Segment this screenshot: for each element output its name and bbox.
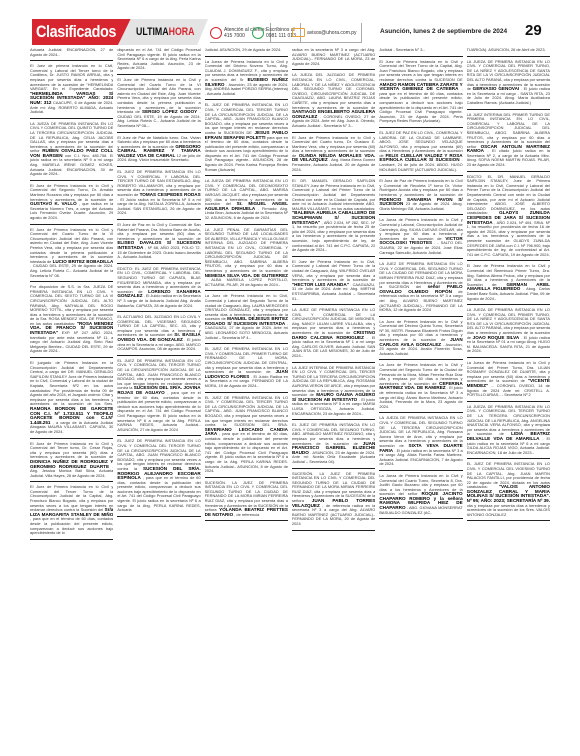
legal-notice: La Jueza de Primera Instancia en lo Civi… [379,218,462,259]
legal-notice: LA JUEZ INTERINA DEL PRIMER TURNO DE PRI… [467,113,550,172]
legal-notice: El Juez de Paz de Primera Instancia en l… [379,179,462,215]
section-banner: Clasificados [32,19,132,45]
legal-notice: EL JUEZ DE PRIMERA INSTANCIA EN LO CIVIL… [117,170,200,220]
notice-text: cita y emplaza por sesenta días a herede… [467,503,550,517]
notice-text: El DR. MANUEL GERALDO SAIFILDIN STANLEY … [292,178,375,211]
legal-notice: dispuesto en el Art. 741 del Código Proc… [117,48,200,75]
notice-text: EDICTO: EL DR. MANUEL GERALDO SAIFILDIN … [467,174,550,216]
legal-notice: El Juez de Primera Instancia en lo Civil… [379,60,462,128]
notice-text: , para que en el término de 60 días, con… [30,516,113,535]
legal-notice: El juzgado de Primera Instancia en la Ci… [30,361,113,439]
notice-text: Judicial - Secretaría N° 3.- [379,48,424,52]
legal-notice: EDICTO: EL DR. MANUEL GERALDO SAIFILDIN … [467,175,550,262]
notice-text: , para que en el término de 60 días, con… [205,431,288,473]
legal-notice: LA JUEZA DE PRIMERA INSTANCIA EN LO CIVI… [30,122,113,181]
notice-text: , AÑO 2.024, Nº 282, SEC. Nº 1, ha resue… [292,220,375,253]
legal-notice: La Jueza de Primera Instancia en lo Civi… [467,361,550,402]
legal-notice: Actuaria Judicial. ENCARNACION, 27 de Ag… [30,48,113,61]
legal-notice: La Jueza de Primera Instancia en lo Civi… [379,474,462,519]
legal-notice: radica en la secretaría Nº 3 a cargo del… [292,48,375,70]
legal-notice: EL JUEZ DE PRIMERA INSTANCIA EN LO CIVIL… [205,347,288,392]
notice-text: Actuaria Judicial. ENCARNACION, 27 de Ag… [30,48,113,57]
notice-text: , de referencia [234,512,259,517]
legal-notice: La Juez de Primera Instancia en lo Civil… [379,363,462,413]
deceased-name: FELIX CUELLAR VALDEZ Y ROSA ESPINOLA CUE… [379,153,462,163]
legal-notice: LA JUEZ DE PRIMERA INSTANCIA EN LO CIVIL… [292,308,375,363]
masthead: Clasificados ULTIMAHORA Atención al clie… [0,0,580,34]
notice-text: El Juez de Primera Instancia en lo Civil… [292,259,375,282]
mail-icon [292,28,305,37]
legal-notice: El Juez de Primera Instancia en lo Civil… [30,442,113,483]
legal-notice: EL JUEZ DE PRIMERA INSTANCIA EN LO CIVIL… [205,103,288,176]
notice-text: El Juez de Primera Instancia en lo Civil… [30,484,113,512]
legal-notice: El Juez de Primera Instancia en lo Civil… [467,264,550,305]
column-5: Judicial - Secretaría N° 3.-El Juez de P… [379,48,462,748]
legal-notice: El Juez de Paz en lo Civil y Comercial d… [117,223,200,264]
legal-notice: La Juez de Primera Instancia en lo Civil… [379,320,462,361]
notice-text: para que en el término de 60 días, conta… [205,135,288,172]
legal-notice: EL ACTUARIO DEL JUZGADO EN LO CIVIL Y CO… [117,315,200,356]
newspaper-logo: ULTIMAHORA [118,19,208,45]
notice-text: Por disposición de S.S. la Sra. JUEZA DE… [30,284,113,326]
legal-notice: El Juez de Primera Instancia en lo Civil… [30,485,113,540]
logo-hora: HORA [169,26,195,38]
notice-text: El Juez de Primera Instancia en lo Civil… [30,183,113,202]
notice-text: , para que en el término de 60 días, con… [117,390,200,432]
legal-notice: Judicial - Secretaría N° 3.- [379,48,462,57]
legal-notice: EL JUEZ DE PRIMERA INSTANCIA EN LO CIVIL… [205,396,288,478]
deceased-name: DIONICIA NUÑEZ DE RODRIGUEZ Y GERONIMO R… [30,459,113,469]
legal-notice: EDICTO: EL JUEZ DE PRIMERA INSTANCIA EN … [117,267,200,312]
legal-notice: LA JUEZA DE PRIMERA INSTANCIA EN LO CIVI… [467,405,550,460]
phone-icon [210,27,222,39]
contact-value: avisos@uhora.com.py [307,30,357,36]
notice-text: Judicial. ASUNCION, 29 de Agosto de 2024… [205,48,282,52]
notice-text: LA JUEZA DEL JUZGADO DE PRIMERA INSTANCI… [292,72,375,109]
notice-text: radica en la secretaría Nº 3 a cargo del… [292,48,375,66]
notice-text: El Juez de Primera Instancia en lo Civil… [379,59,462,82]
legal-notice: EL JUEZ DE PRIMERA INSTANCIA EN LO CIVIL… [292,423,375,468]
column-2: dispuesto en el Art. 741 del Código Proc… [117,48,200,748]
column-4: radica en la secretaría Nº 3 a cargo del… [292,48,375,748]
legal-notice: El Juez de Paz de Natalicio turno. Dra. … [117,136,200,168]
legal-notice: LA JUEZA DE PRIMERA INSTANCIA EN LO CIVI… [467,308,550,358]
notice-text: El Juez de Paz de Primera Instancia en l… [379,178,462,197]
column-6: TUARIO/A). ASUNCION, 26 de Abril de 2023… [467,48,550,748]
notice-text: El juzgado de Primera Instancia en la Ci… [30,360,113,406]
notice-text: El Juez de primera instancia en lo Civil… [30,63,113,91]
legal-notice: LA JUEZ DE PRIMERA INSTANCIA EN LO CIVIL… [379,262,462,317]
page-number: 29 [525,22,542,39]
notice-text: . ALBA MARIELA LOPEZ PORTILLO, ACTUARIA.… [205,277,288,287]
legal-notice: El DR. MANUEL GERALDO SAIFILDIN STANLEY … [292,179,375,257]
notice-text: El Juez de Paz en lo Civil y Comercial d… [117,222,200,241]
classifieds-columns: Actuaria Judicial. ENCARNACION, 27 de Ag… [30,48,550,748]
legal-notice: SUCESIÓN. LA JUEZ DE PRIMERA INSTANCIA E… [205,481,288,522]
notice-text: El Juez de Primera Instancia en lo Civil… [30,441,113,460]
notice-text: . CIUDAD DEL ESTE, 29 de Agosto de 2024.… [30,263,113,277]
legal-notice: El Juez de Primera Instancia en lo Civil… [292,260,375,305]
notice-text: EL JUEZ DE PRIMERA INSTANCIA EN LO CIVIL… [205,395,288,428]
issue-date: Asunción, lunes 2 de septiembre de 2024 [380,28,507,35]
notice-text: , para que en el término de 60 días, con… [379,86,462,123]
legal-notice: Judicial. ASUNCION, 29 de Agosto de 2024… [205,48,288,57]
logo-ultima: ULTIMA [136,26,169,38]
legal-notice: EL JUEZ DE PRIMERA INSTANCIA EN LO CIVIL… [117,439,200,517]
legal-notice: LA JUEZA DE PRIMERA INSTANCIA EN LO CIVI… [379,416,462,471]
deceased-name: AMADO RAMON CATEBRA ZARATE Y VICENTA GIM… [379,82,462,92]
legal-notice: LA JUEZ INTERINA DE PRIMERA INSTANCIA EN… [292,366,375,421]
notice-text: , para que en el término de 60 días, con… [117,475,200,512]
legal-notice: LA JUEZ PENAL DE GARANTÍAS DEL SEGUNDO T… [205,228,288,292]
column-3: Judicial. ASUNCION, 29 de Agosto de 2024… [205,48,288,748]
legal-notice: El Juez de Primera Instancia en lo Civil… [292,136,375,177]
notice-text: , AÑO 2.024, Nº 404, SRIA. Nº 1, ha resu… [467,220,550,257]
legal-notice: LA JUEZA DE PRIMERA INSTANCIA EN LO CIVI… [467,60,550,110]
section-title: Clasificados [36,22,116,42]
legal-notice: TUARIO/A). ASUNCION, 26 de Abril de 2023… [467,48,550,57]
legal-notice: EL JUEZ DE PRIMERA INSTANCIA EN LO CIVIL… [467,462,550,521]
legal-notice: El Juez de primera instancia en lo Civil… [30,64,113,119]
legal-notice: La Jueza de Primera Instancia en lo Civi… [205,60,288,101]
legal-notice: LA JUEZA DEL JUZGADO DE PRIMERA INSTANCI… [292,73,375,132]
legal-notice: LA JUEZA DE PRIMERA INSTANCIA EN LO CIVI… [205,179,288,224]
contact-email[interactable]: avisos@uhora.com.py [292,23,362,43]
legal-notice: Por disposición de S.S. la Sra. JUEZA DE… [30,285,113,358]
legal-notice: EL JUEZ DE PAZ EN LO CIVIL, COMERCIAL Y … [379,131,462,176]
legal-notice: EL JUEZ DE PRIMERA INSTANCIA EN LO CIVIL… [117,359,200,437]
whatsapp-icon [252,27,264,39]
legal-notice: El Juez de Primera Instancia en lo Civil… [30,184,113,225]
notice-text: dispuesto en el Art. 741 del Código Proc… [117,48,200,70]
legal-notice: El Juez de Primera Instancia en lo Civil… [117,78,200,133]
column-1: Actuaria Judicial. ENCARNACION, 27 de Ag… [30,48,113,748]
notice-text: . El Juicio radica en la Secretaría Nº 5… [117,197,200,216]
contact-value: 415 7000 [224,33,245,39]
notice-text: TUARIO/A). ASUNCION, 26 de Abril de 2023… [467,48,546,52]
legal-notice: SUCESIÓN. LA JUEZ DE PRIMERA INSTANCIA E… [292,472,375,531]
legal-notice: El Juez de Primera Instancia en lo Civil… [30,228,113,283]
legal-notice: La Juez de Primera Instancia en lo Civil… [205,294,288,344]
notice-text: LA JUEZ PENAL DE GARANTÍAS DEL SEGUNDO T… [205,227,288,273]
